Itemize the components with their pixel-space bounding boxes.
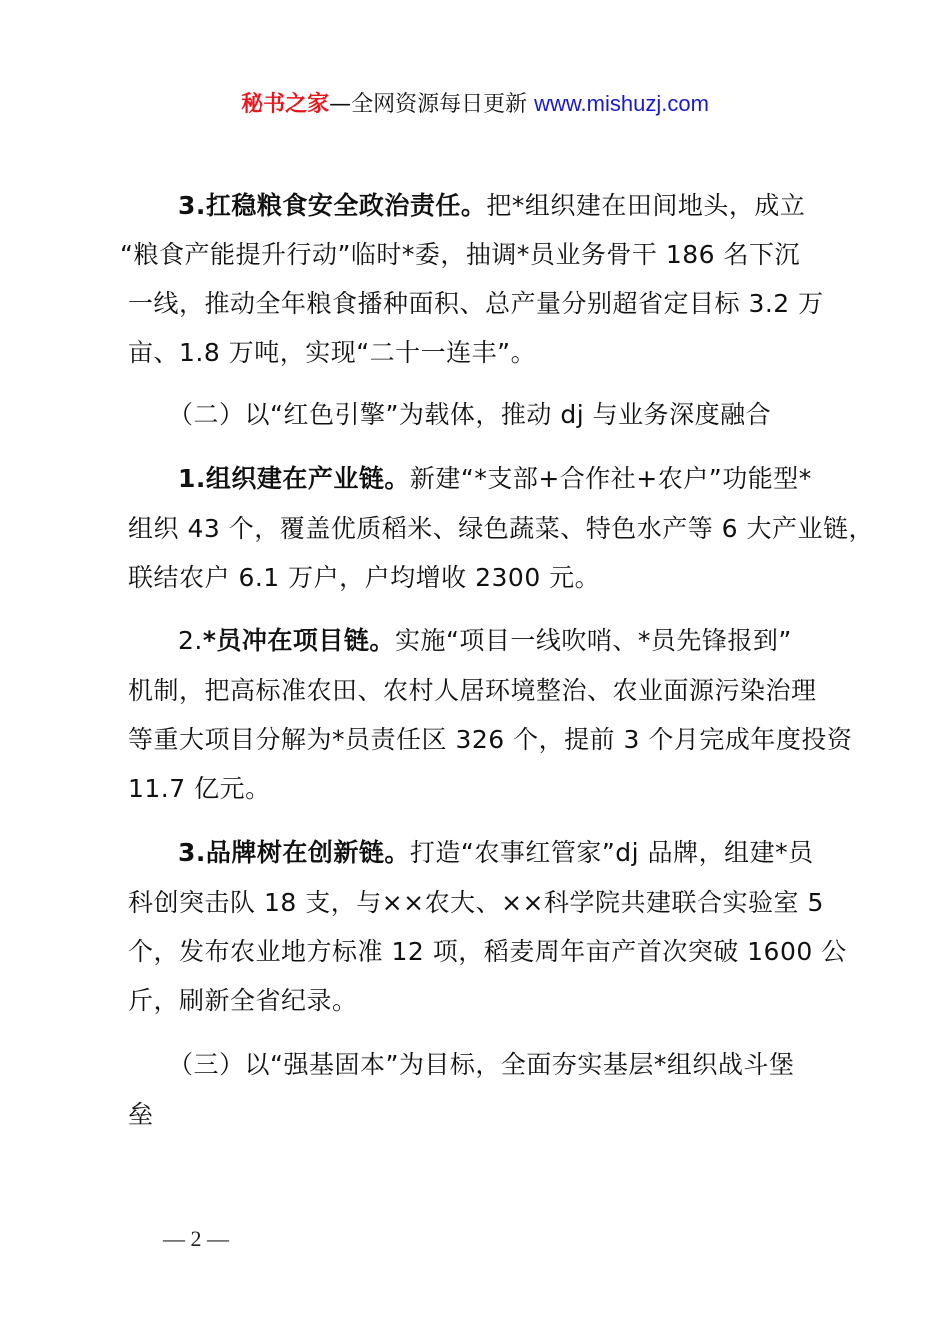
item-lead: 1.组织建在产业链。	[178, 464, 410, 493]
site-banner: 秘书之家—全网资源每日更新 www.mishuzj.com	[0, 88, 950, 121]
brand-name: 秘书之家	[241, 92, 329, 117]
item-lead: *员冲在项目链。	[203, 626, 395, 655]
paragraph-line: 一线，推动全年粮食播种面积、总产量分别超省定目标 3.2 万	[128, 286, 828, 322]
item-text: 把*组织建在田间地头，成立	[486, 191, 805, 220]
paragraph-line: 组织 43 个，覆盖优质稻米、绿色蔬菜、特色水产等 6 大产业链，	[128, 511, 828, 547]
page-number: — 2 —	[163, 1225, 229, 1253]
item-lead: 3.扛稳粮食安全政治责任。	[178, 191, 486, 220]
section-heading-continuation: 垒	[128, 1097, 828, 1133]
paragraph-line: 联结农户 6.1 万户，户均增收 2300 元。	[128, 560, 828, 596]
item-text: 新建“*支部+合作社+农户”功能型*	[410, 464, 812, 493]
paragraph-line: 11.7 亿元。	[128, 771, 828, 807]
paragraph-line: 个，发布农业地方标准 12 项，稻麦周年亩产首次突破 1600 公	[128, 934, 828, 970]
paragraph-line: “粮食产能提升行动”临时*委，抽调*员业务骨干 186 名下沉	[120, 237, 820, 273]
item-text: 实施“项目一线吹哨、*员先锋报到”	[395, 626, 792, 655]
paragraph-line: 3.扛稳粮食安全政治责任。把*组织建在田间地头，成立	[178, 188, 878, 224]
paragraph-line: 1.组织建在产业链。新建“*支部+合作社+农户”功能型*	[178, 461, 878, 497]
item-number: 2.	[178, 626, 203, 655]
paragraph-line: 亩、1.8 万吨，实现“二十一连丰”。	[128, 335, 828, 371]
banner-slogan: 全网资源每日更新	[351, 92, 527, 117]
paragraph-line: 机制，把高标准农田、农村人居环境整治、农业面源污染治理	[128, 673, 828, 709]
paragraph-line: 科创突击队 18 支，与××农大、××科学院共建联合实验室 5	[128, 885, 828, 921]
section-heading: （三）以“强基固本”为目标，全面夯实基层*组织战斗堡	[168, 1047, 868, 1083]
item-lead: 3.品牌树在创新链。	[178, 838, 410, 867]
paragraph-line: 3.品牌树在创新链。打造“农事红管家”dj 品牌，组建*员	[178, 835, 878, 871]
site-url-link[interactable]: www.mishuzj.com	[534, 91, 709, 116]
paragraph-line: 等重大项目分解为*员责任区 326 个，提前 3 个月完成年度投资	[128, 722, 828, 758]
paragraph-line: 2.*员冲在项目链。实施“项目一线吹哨、*员先锋报到”	[178, 623, 878, 659]
item-text: 打造“农事红管家”dj 品牌，组建*员	[410, 838, 814, 867]
section-heading: （二）以“红色引擎”为载体，推动 dj 与业务深度融合	[168, 397, 868, 433]
banner-dash: —	[329, 92, 351, 117]
paragraph-line: 斤，刷新全省纪录。	[128, 983, 828, 1019]
